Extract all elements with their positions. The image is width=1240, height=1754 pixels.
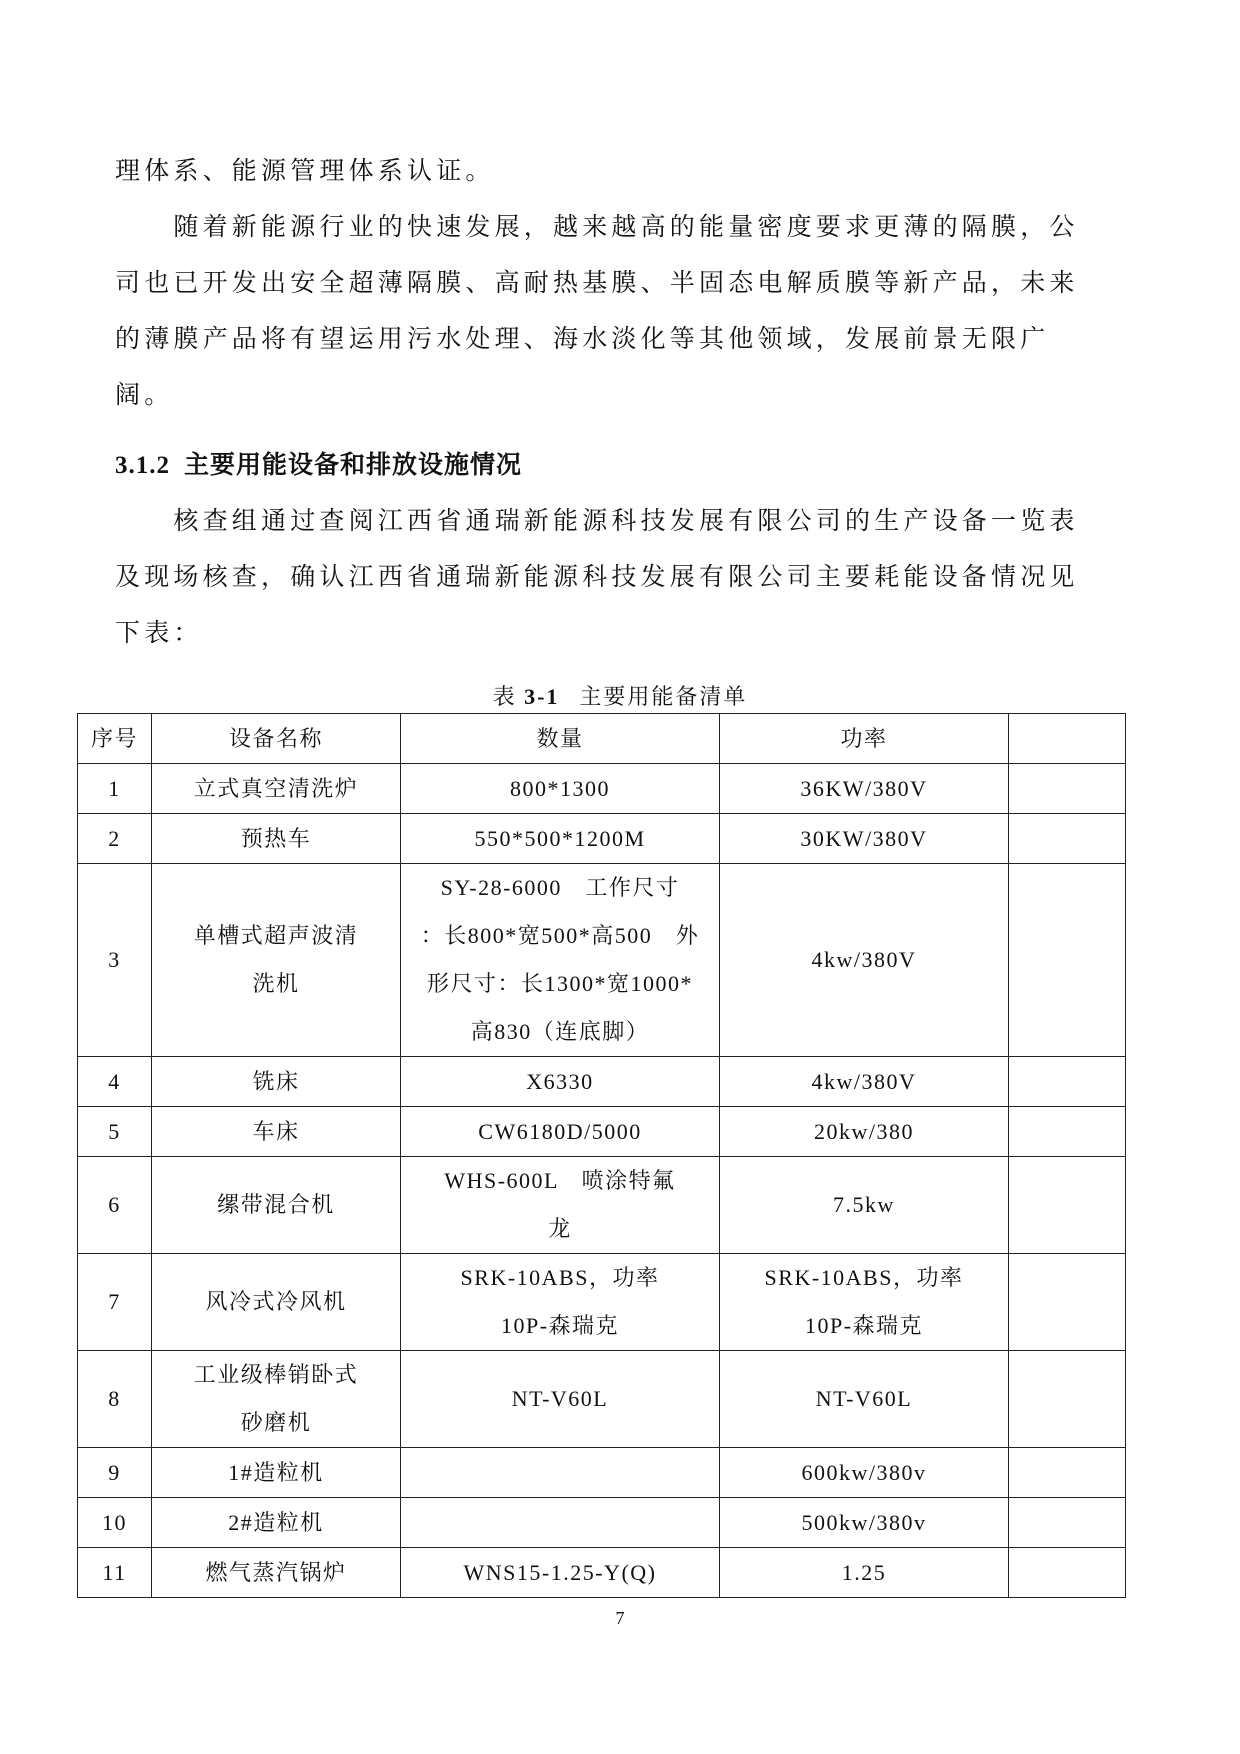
table-body: 1立式真空清洗炉800*130036KW/380V2预热车550*500*120… xyxy=(78,764,1126,1598)
cell-equipment-name: 预热车 xyxy=(152,814,401,864)
cell-power-line: 4kw/380V xyxy=(726,1058,1002,1106)
cell-equipment-name-line: 单槽式超声波清 xyxy=(158,912,394,960)
paragraph-certification-tail: 理体系、能源管理体系认证。 xyxy=(115,144,1125,200)
cell-power-line: 4kw/380V xyxy=(726,936,1002,984)
table-row: 3单槽式超声波清洗机SY-28-6000 工作尺寸：长800*宽500*高500… xyxy=(78,864,1126,1057)
cell-index: 5 xyxy=(78,1107,152,1157)
cell-power: 1.25 xyxy=(720,1548,1009,1598)
paragraph-line: 司也已开发出安全超薄隔膜、高耐热基膜、半固态电解质膜等新产品，未来 xyxy=(115,256,1125,312)
cell-power-line: SRK-10ABS，功率 xyxy=(726,1254,1002,1302)
cell-equipment-name: 立式真空清洗炉 xyxy=(152,764,401,814)
cell-equipment-name: 燃气蒸汽锅炉 xyxy=(152,1548,401,1598)
cell-power-line: 20kw/380 xyxy=(726,1108,1002,1156)
cell-quantity xyxy=(401,1498,720,1548)
cell-equipment-name-line: 燃气蒸汽锅炉 xyxy=(158,1549,394,1597)
cell-index: 7 xyxy=(78,1254,152,1351)
cell-equipment-name-line: 车床 xyxy=(158,1108,394,1156)
paragraph-new-energy: 随着新能源行业的快速发展，越来越高的能量密度要求更薄的隔膜，公 司也已开发出安全… xyxy=(115,200,1125,424)
paragraph-line: 核查组通过查阅江西省通瑞新能源科技发展有限公司的生产设备一览表 xyxy=(115,494,1125,550)
cell-quantity xyxy=(401,1448,720,1498)
cell-power-line: 7.5kw xyxy=(726,1181,1002,1229)
cell-index: 3 xyxy=(78,864,152,1057)
cell-quantity-line: 800*1300 xyxy=(407,765,713,813)
cell-extra xyxy=(1009,1498,1126,1548)
caption-title: 主要用能备清单 xyxy=(579,684,747,709)
cell-quantity-line: CW6180D/5000 xyxy=(407,1108,713,1156)
cell-extra xyxy=(1009,1254,1126,1351)
page-number: 7 xyxy=(0,1608,1240,1629)
section-heading: 3.1.2主要用能设备和排放设施情况 xyxy=(115,440,522,492)
cell-quantity-line: 形尺寸：长1300*宽1000* xyxy=(407,960,713,1008)
cell-power: NT-V60L xyxy=(720,1351,1009,1448)
caption-number: 3-1 xyxy=(524,684,559,709)
paragraph-intro: 核查组通过查阅江西省通瑞新能源科技发展有限公司的生产设备一览表 及现场核查，确认… xyxy=(115,494,1125,662)
cell-quantity-line: 550*500*1200M xyxy=(407,815,713,863)
table-row: 4铣床X63304kw/380V xyxy=(78,1057,1126,1107)
cell-extra xyxy=(1009,1351,1126,1448)
cell-equipment-name-line: 铣床 xyxy=(158,1058,394,1106)
cell-power-line: 500kw/380v xyxy=(726,1499,1002,1547)
cell-quantity-line: 10P-森瑞克 xyxy=(407,1302,713,1350)
cell-quantity: SRK-10ABS，功率10P-森瑞克 xyxy=(401,1254,720,1351)
cell-equipment-name: 风冷式冷风机 xyxy=(152,1254,401,1351)
cell-quantity-line: SRK-10ABS，功率 xyxy=(407,1254,713,1302)
cell-extra xyxy=(1009,864,1126,1057)
table-row: 2预热车550*500*1200M30KW/380V xyxy=(78,814,1126,864)
cell-quantity-line: X6330 xyxy=(407,1058,713,1106)
cell-quantity-line: SY-28-6000 工作尺寸 xyxy=(407,864,713,912)
cell-quantity: 800*1300 xyxy=(401,764,720,814)
cell-power: 500kw/380v xyxy=(720,1498,1009,1548)
cell-quantity: X6330 xyxy=(401,1057,720,1107)
table-row: 91#造粒机600kw/380v xyxy=(78,1448,1126,1498)
cell-quantity-line: WNS15-1.25-Y(Q) xyxy=(407,1549,713,1597)
cell-equipment-name-line: 预热车 xyxy=(158,815,394,863)
table-row: 11燃气蒸汽锅炉WNS15-1.25-Y(Q)1.25 xyxy=(78,1548,1126,1598)
paragraph-line: 的薄膜产品将有望运用污水处理、海水淡化等其他领域，发展前景无限广 xyxy=(115,312,1125,368)
paragraph-line: 下表： xyxy=(115,606,1125,662)
cell-power: 4kw/380V xyxy=(720,1057,1009,1107)
header-power: 功率 xyxy=(720,714,1009,764)
cell-extra xyxy=(1009,814,1126,864)
cell-power-line: 36KW/380V xyxy=(726,765,1002,813)
cell-equipment-name: 缧带混合机 xyxy=(152,1157,401,1254)
table-row: 6缧带混合机WHS-600L 喷涂特氟龙7.5kw xyxy=(78,1157,1126,1254)
cell-equipment-name: 铣床 xyxy=(152,1057,401,1107)
cell-equipment-name-line: 立式真空清洗炉 xyxy=(158,765,394,813)
cell-extra xyxy=(1009,1548,1126,1598)
cell-quantity: WNS15-1.25-Y(Q) xyxy=(401,1548,720,1598)
cell-power: SRK-10ABS，功率10P-森瑞克 xyxy=(720,1254,1009,1351)
table-row: 8工业级棒销卧式砂磨机NT-V60LNT-V60L xyxy=(78,1351,1126,1448)
cell-extra xyxy=(1009,1448,1126,1498)
table-caption: 表 3-1主要用能备清单 xyxy=(0,682,1240,712)
cell-quantity: CW6180D/5000 xyxy=(401,1107,720,1157)
cell-extra xyxy=(1009,764,1126,814)
cell-equipment-name-line: 工业级棒销卧式 xyxy=(158,1351,394,1399)
cell-quantity: WHS-600L 喷涂特氟龙 xyxy=(401,1157,720,1254)
section-number: 3.1.2 xyxy=(115,452,170,479)
cell-quantity: 550*500*1200M xyxy=(401,814,720,864)
cell-equipment-name-line: 洗机 xyxy=(158,960,394,1008)
cell-equipment-name: 车床 xyxy=(152,1107,401,1157)
cell-equipment-name-line: 缧带混合机 xyxy=(158,1181,394,1229)
cell-quantity-line: NT-V60L xyxy=(407,1375,713,1423)
cell-power-line: 1.25 xyxy=(726,1549,1002,1597)
cell-power: 36KW/380V xyxy=(720,764,1009,814)
header-quantity: 数量 xyxy=(401,714,720,764)
cell-index: 9 xyxy=(78,1448,152,1498)
cell-quantity-line: 高830（连底脚） xyxy=(407,1008,713,1056)
cell-power-line: 30KW/380V xyxy=(726,815,1002,863)
header-index: 序号 xyxy=(78,714,152,764)
cell-power: 4kw/380V xyxy=(720,864,1009,1057)
cell-index: 10 xyxy=(78,1498,152,1548)
header-blank xyxy=(1009,714,1126,764)
equipment-table: 序号 设备名称 数量 功率 1立式真空清洗炉800*130036KW/380V2… xyxy=(77,713,1126,1598)
paragraph-line: 理体系、能源管理体系认证。 xyxy=(115,144,1125,200)
cell-equipment-name-line: 风冷式冷风机 xyxy=(158,1278,394,1326)
cell-power: 7.5kw xyxy=(720,1157,1009,1254)
paragraph-line: 随着新能源行业的快速发展，越来越高的能量密度要求更薄的隔膜，公 xyxy=(115,200,1125,256)
paragraph-line: 阔。 xyxy=(115,368,1125,424)
cell-quantity: SY-28-6000 工作尺寸：长800*宽500*高500 外形尺寸：长130… xyxy=(401,864,720,1057)
cell-extra xyxy=(1009,1157,1126,1254)
table-header-row: 序号 设备名称 数量 功率 xyxy=(78,714,1126,764)
cell-equipment-name: 1#造粒机 xyxy=(152,1448,401,1498)
cell-index: 8 xyxy=(78,1351,152,1448)
cell-power-line: 600kw/380v xyxy=(726,1449,1002,1497)
cell-equipment-name: 2#造粒机 xyxy=(152,1498,401,1548)
cell-index: 4 xyxy=(78,1057,152,1107)
cell-extra xyxy=(1009,1107,1126,1157)
table-row: 5车床CW6180D/500020kw/380 xyxy=(78,1107,1126,1157)
cell-quantity-line: ：长800*宽500*高500 外 xyxy=(407,912,713,960)
cell-equipment-name: 单槽式超声波清洗机 xyxy=(152,864,401,1057)
cell-index: 6 xyxy=(78,1157,152,1254)
cell-equipment-name-line: 砂磨机 xyxy=(158,1399,394,1447)
cell-equipment-name-line: 2#造粒机 xyxy=(158,1499,394,1547)
cell-index: 1 xyxy=(78,764,152,814)
paragraph-line: 及现场核查，确认江西省通瑞新能源科技发展有限公司主要耗能设备情况见 xyxy=(115,550,1125,606)
cell-equipment-name: 工业级棒销卧式砂磨机 xyxy=(152,1351,401,1448)
cell-quantity-line: 龙 xyxy=(407,1205,713,1253)
cell-extra xyxy=(1009,1057,1126,1107)
cell-power-line: 10P-森瑞克 xyxy=(726,1302,1002,1350)
table-row: 7风冷式冷风机SRK-10ABS，功率10P-森瑞克SRK-10ABS，功率10… xyxy=(78,1254,1126,1351)
cell-power-line: NT-V60L xyxy=(726,1375,1002,1423)
caption-prefix: 表 xyxy=(493,684,517,709)
cell-power: 30KW/380V xyxy=(720,814,1009,864)
cell-quantity-line: WHS-600L 喷涂特氟 xyxy=(407,1157,713,1205)
section-title: 主要用能设备和排放设施情况 xyxy=(184,452,522,479)
cell-power: 600kw/380v xyxy=(720,1448,1009,1498)
cell-quantity: NT-V60L xyxy=(401,1351,720,1448)
header-equipment-name: 设备名称 xyxy=(152,714,401,764)
cell-index: 11 xyxy=(78,1548,152,1598)
cell-power: 20kw/380 xyxy=(720,1107,1009,1157)
cell-index: 2 xyxy=(78,814,152,864)
table-row: 102#造粒机500kw/380v xyxy=(78,1498,1126,1548)
cell-equipment-name-line: 1#造粒机 xyxy=(158,1449,394,1497)
table-row: 1立式真空清洗炉800*130036KW/380V xyxy=(78,764,1126,814)
